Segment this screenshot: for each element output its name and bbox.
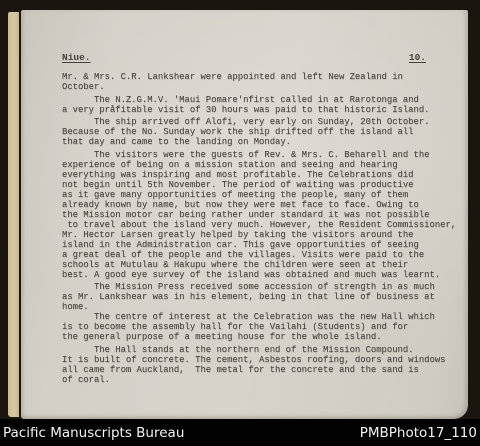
archive-footer: Pacific Manuscripts Bureau PMBPhoto17_11… (0, 419, 480, 446)
underlying-page-edge (8, 12, 19, 417)
photo-id: PMBPhoto17_110 (360, 425, 477, 441)
paragraph: Mr. & Mrs. C.R. Lankshear were appointed… (62, 72, 462, 92)
paragraph: The Hall stands at the northern end of t… (62, 345, 462, 385)
photo-background: Niue. 10. Mr. & Mrs. C.R. Lankshear were… (0, 0, 480, 446)
archive-name: Pacific Manuscripts Bureau (3, 425, 184, 441)
paragraph: The ship arrived off Alofi, very early o… (62, 117, 462, 147)
paragraph: The Mission Press received some accessio… (62, 282, 462, 342)
document-header: Niue. 10. (62, 52, 426, 63)
page-number: 10. (409, 52, 426, 63)
page-heading: Niue. (62, 52, 91, 63)
document-body: Mr. & Mrs. C.R. Lankshear were appointed… (62, 72, 462, 385)
paragraph: The visitors were the guests of Rev. & M… (62, 150, 462, 280)
paragraph: The N.Z.G.M.V. 'Maui Pomare'nfirst calle… (62, 95, 462, 115)
document-page: Niue. 10. Mr. & Mrs. C.R. Lankshear were… (21, 10, 468, 419)
